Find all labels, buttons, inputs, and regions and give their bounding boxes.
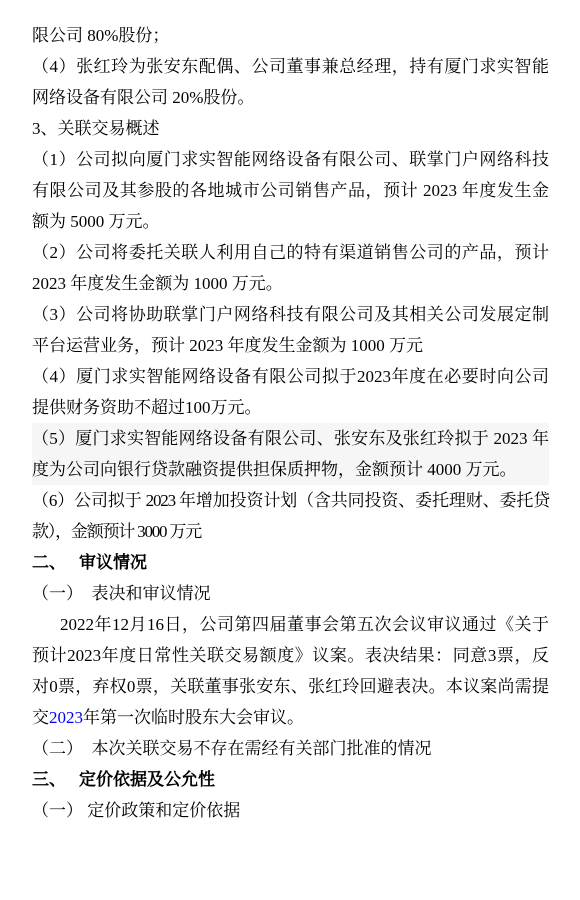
blue-year-text: 2023 — [49, 708, 83, 727]
paragraph: （2）公司将委托关联人利用自己的特有渠道销售公司的产品，预计 2023 年度发生… — [32, 237, 549, 299]
paragraph: （4）厦门求实智能网络设备有限公司拟于2023年度在必要时向公司提供财务资助不超… — [32, 361, 549, 423]
heading-title: 审议情况 — [79, 553, 147, 572]
paragraph: 限公司 80%股份； — [32, 20, 549, 51]
heading-title: 定价依据及公允性 — [79, 770, 215, 789]
document-body: 限公司 80%股份；（4）张红玲为张安东配偶、公司董事兼总经理，持有厦门求实智能… — [0, 0, 580, 826]
paragraph: （4）张红玲为张安东配偶、公司董事兼总经理，持有厦门求实智能网络设备有限公司 2… — [32, 51, 549, 113]
paragraph: （6）公司拟于 2023 年增加投资计划（含共同投资、委托理财、委托贷款），金额… — [32, 485, 549, 547]
paragraph: （5）厦门求实智能网络设备有限公司、张安东及张红玲拟于 2023 年度为公司向银… — [32, 423, 549, 485]
paragraph: （1）公司拟向厦门求实智能网络设备有限公司、联掌门户网络科技有限公司及其参股的各… — [32, 144, 549, 237]
heading-number: 三、 — [32, 770, 66, 789]
sub-heading: （二） 本次关联交易不存在需经有关部门批准的情况 — [32, 733, 549, 764]
sub-heading: （一） 表决和审议情况 — [32, 578, 549, 609]
sub-heading: （一） 定价政策和定价依据 — [32, 795, 549, 826]
section-heading: 三、定价依据及公允性 — [32, 764, 549, 795]
paragraph: 2022年12月16日，公司第四届董事会第五次会议审议通过《关于预计2023年度… — [32, 609, 549, 733]
document-page: 限公司 80%股份；（4）张红玲为张安东配偶、公司董事兼总经理，持有厦门求实智能… — [0, 0, 580, 900]
paragraph: （3）公司将协助联掌门户网络科技有限公司及其相关公司发展定制平台运营业务，预计 … — [32, 299, 549, 361]
text-segment: 年第一次临时股东大会审议。 — [83, 708, 304, 727]
section-heading: 二、审议情况 — [32, 547, 549, 578]
heading-number: 二、 — [32, 553, 66, 572]
paragraph: 3、关联交易概述 — [32, 113, 549, 144]
